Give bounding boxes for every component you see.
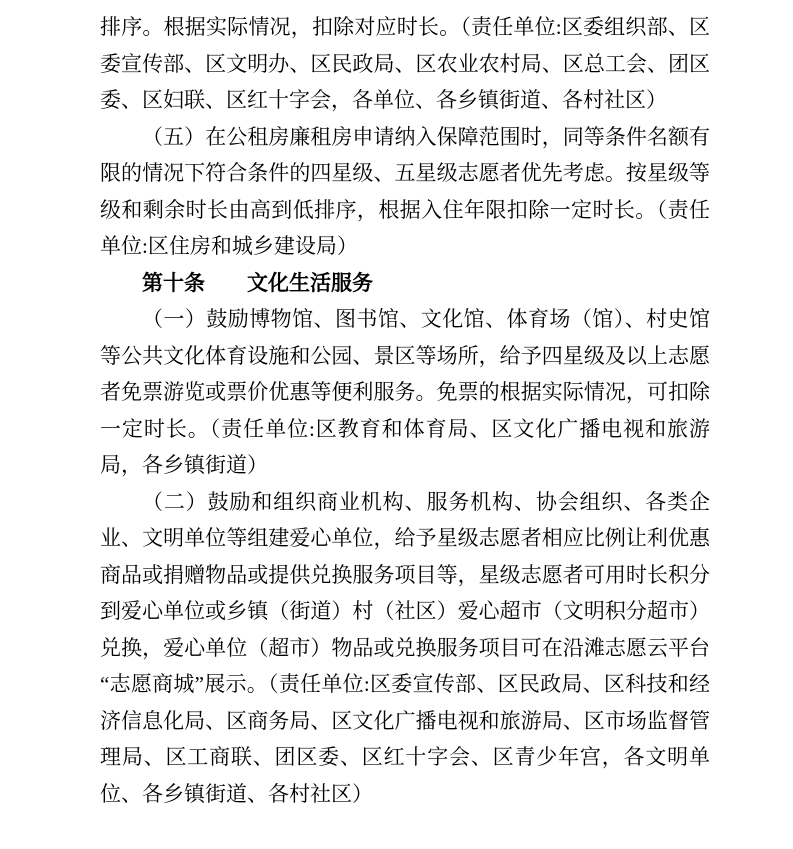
paragraph-item-5: （五）在公租房廉租房申请纳入保障范围时，同等条件名额有限的情况下符合条件的四星级… <box>100 119 710 265</box>
paragraph-continuation: 排序。根据实际情况，扣除对应时长。（责任单位:区委组织部、区委宣传部、区文明办、… <box>100 9 710 119</box>
document-page: 排序。根据实际情况，扣除对应时长。（责任单位:区委组织部、区委宣传部、区文明办、… <box>0 0 793 849</box>
paragraph-item-1: （一）鼓励博物馆、图书馆、文化馆、体育场（馆）、村史馆等公共文化体育设施和公园、… <box>100 301 710 484</box>
article-heading: 第十条 文化生活服务 <box>100 265 710 302</box>
paragraph-item-2: （二）鼓励和组织商业机构、服务机构、协会组织、各类企业、文明单位等组建爱心单位，… <box>100 484 710 813</box>
